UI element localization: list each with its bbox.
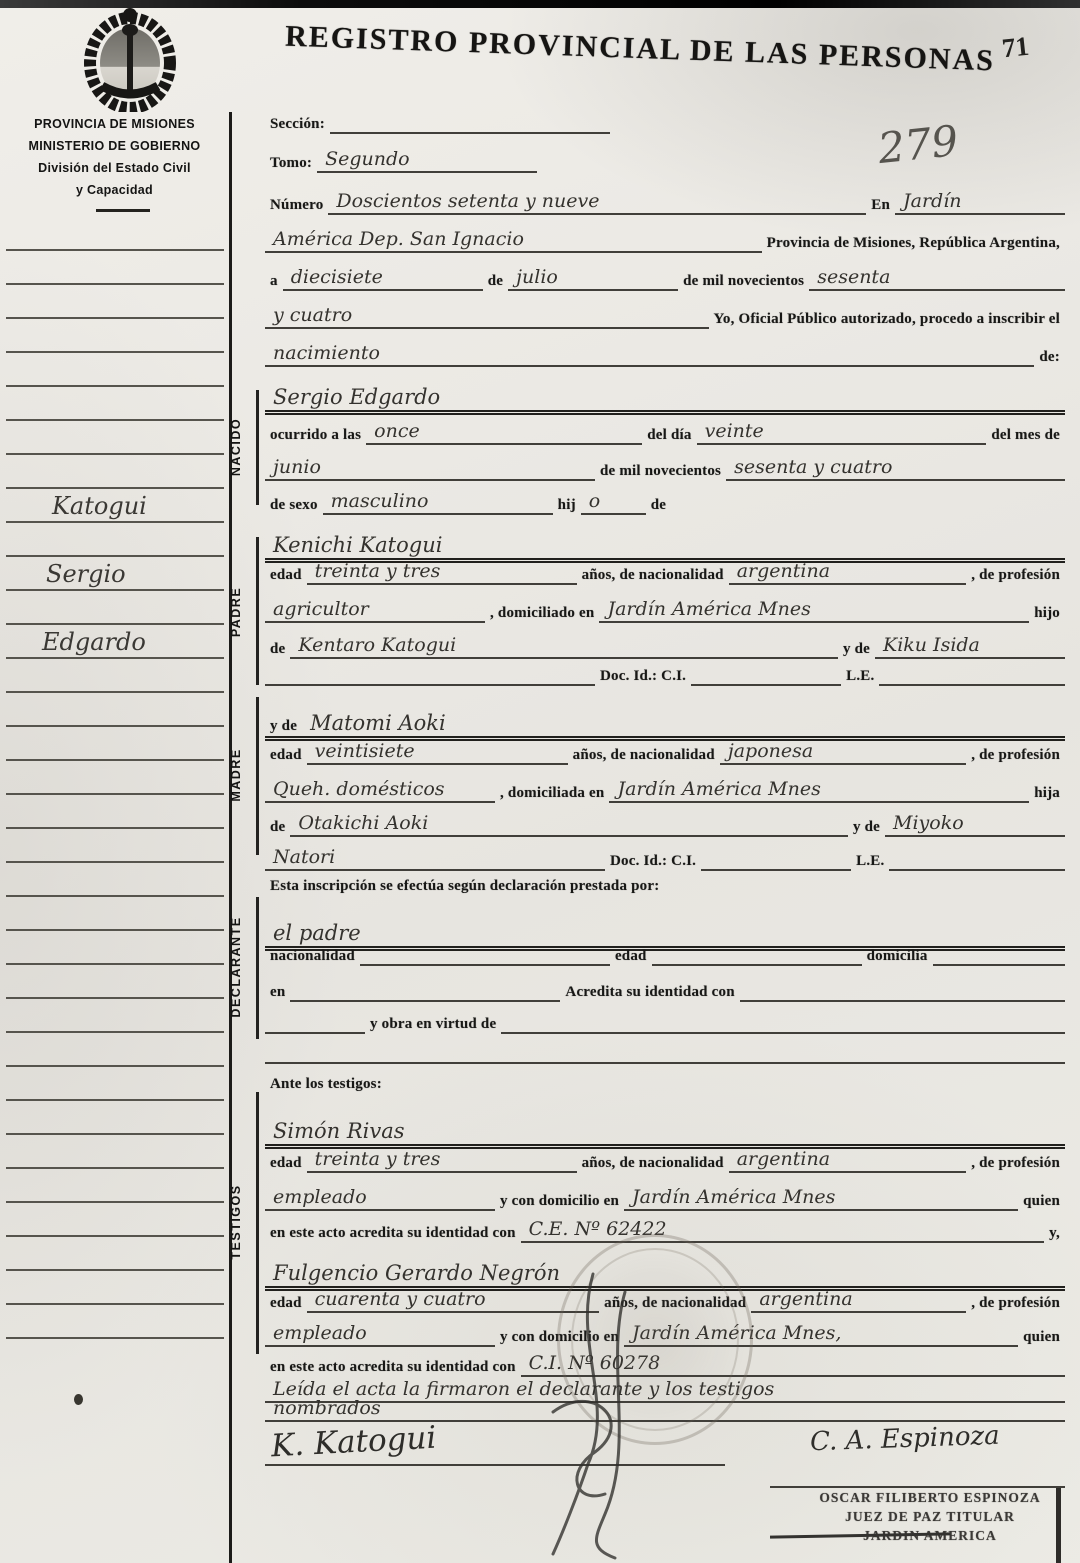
form-line-mother-domicile: Queh. domésticos , domiciliada en Jardín…: [265, 778, 1065, 803]
edad-label-2: edad: [265, 747, 307, 765]
en-label: En: [866, 197, 895, 215]
form-line-mother-parents: de Otakichi Aoki y de Miyoko: [265, 812, 1065, 837]
blank-line: [501, 1018, 1065, 1034]
form-line-child-name: Sergio Edgardo: [265, 374, 1065, 415]
form-line-birth-month: junio de mil novecientos sesenta y cuatr…: [265, 456, 1065, 481]
blank-line: [265, 1018, 365, 1034]
child-name-value: Sergio Edgardo: [265, 385, 452, 410]
form-line-mother-doc: Natori Doc. Id.: C.I. L.E.: [265, 846, 1065, 871]
judge-stamp-name: OSCAR FILIBERTO ESPINOZA: [785, 1488, 1075, 1507]
page-title: REGISTRO PROVINCIAL DE LAS PERSONAS: [255, 19, 1026, 80]
declaration-intro-label: Esta inscripción se efectúa según declar…: [265, 878, 664, 896]
blank-line: [265, 670, 595, 686]
blank-line: [445, 351, 1034, 367]
judge-stamp-title: JUEZ DE PAZ TITULAR: [785, 1507, 1075, 1526]
maternal-grandmother-value-1: Miyoko: [885, 812, 1065, 837]
en-label-2: en: [265, 984, 290, 1002]
declarant-nationality-label: nacionalidad: [265, 948, 360, 966]
profesion-label-3: , de profesión: [966, 1155, 1065, 1173]
blank-line: [740, 986, 1065, 1002]
day-value: diecisiete: [283, 266, 483, 291]
place-value-1: Jardín: [895, 190, 1065, 215]
profesion-label-4: , de profesión: [966, 1295, 1065, 1313]
section-bracket-nacido: [256, 390, 259, 505]
form-line-witness1-domicile: empleado y con domicilio en Jardín Améri…: [265, 1186, 1065, 1211]
de-label: de: [483, 273, 508, 291]
nacionalidad-label: años, de nacionalidad: [577, 567, 729, 585]
form-line-declaration-intro: Esta inscripción se efectúa según declar…: [265, 878, 1065, 896]
scanned-birth-certificate: REGISTRO PROVINCIAL DE LAS PERSONAS 71 P…: [0, 0, 1080, 1563]
paternal-grandmother-value: Kiku Isida: [875, 634, 1065, 659]
blank-line: [330, 118, 610, 134]
sexo-label: de sexo: [265, 497, 323, 515]
le-label-2: L.E.: [851, 853, 889, 871]
de-label-3: de: [265, 641, 290, 659]
acredita-label-2: en este acto acredita su identidad con: [265, 1225, 521, 1243]
org-line-division: División del Estado Civil: [0, 157, 229, 179]
doc-id-label-2: Doc. Id.: C.I.: [605, 853, 701, 871]
form-line-year2: y cuatro Yo, Oficial Público autorizado,…: [265, 304, 1065, 329]
blank-line: [691, 670, 841, 686]
father-domicile-value: Jardín América Mnes: [599, 598, 1029, 623]
form-line-father-age: edad treinta y tres años, de nacionalida…: [265, 560, 1065, 585]
form-line-date: a diecisiete de julio de mil novecientos…: [265, 266, 1065, 291]
obra-label: y obra en virtud de: [365, 1016, 501, 1034]
tomo-label: Tomo:: [265, 155, 317, 173]
form-line-father-name: Kenichi Katogui: [265, 522, 1065, 563]
domicilio-label-2: , domiciliada en: [495, 785, 609, 803]
witness1-nationality-value: argentina: [729, 1148, 966, 1173]
form-line-witness1-name: Simón Rivas: [265, 1106, 1065, 1149]
year-value-1: sesenta: [809, 266, 1065, 291]
domicilio-label: , domiciliado en: [485, 605, 599, 623]
witness-intro-label: Ante los testigos:: [265, 1076, 387, 1094]
coat-of-arms: [72, 6, 188, 112]
signature-rule-right: [770, 1472, 1065, 1488]
form-line-birth-time: ocurrido a las once del día veinte del m…: [265, 420, 1065, 445]
de2-label: de:: [1034, 349, 1065, 367]
quien-label: quien: [1018, 1193, 1065, 1211]
del-dia-label: del día: [642, 427, 696, 445]
le-label: L.E.: [841, 668, 879, 686]
margin-note-surname: Katogui: [52, 492, 147, 520]
section-bracket-testigos: [256, 1092, 259, 1354]
form-line-father-parents: de Kentaro Katogui y de Kiku Isida: [265, 634, 1065, 659]
blank-line: [652, 950, 862, 966]
form-line-seccion: Sección:: [265, 116, 1065, 134]
maternal-grandmother-value-2: Natori: [265, 846, 445, 871]
domicilio-label-3: y con domicilio en: [495, 1193, 624, 1211]
ocurrido-label: ocurrido a las: [265, 427, 366, 445]
official-signature: C. A. Espinoza: [810, 1421, 1001, 1458]
declarant-age-label: edad: [610, 948, 652, 966]
column-divider: [229, 112, 232, 1563]
form-line-declarant: el padre: [265, 908, 1065, 951]
acredita-label: Acredita su identidad con: [560, 984, 739, 1002]
section-label-testigos: TESTIGOS: [229, 1172, 247, 1272]
hij-label: hij: [553, 497, 581, 515]
birth-day-value: veinte: [697, 420, 987, 445]
margin-ruled-lines: [6, 218, 224, 1346]
blank-line: [701, 855, 851, 871]
form-line-father-domicile: agricultor , domiciliado en Jardín Améri…: [265, 598, 1065, 623]
org-line-capacity: y Capacidad: [0, 179, 229, 201]
father-name-value: Kenichi Katogui: [265, 533, 454, 558]
form-line-declarant-nationality: nacionalidad edad domicilia: [265, 948, 1065, 966]
father-nationality-value: argentina: [729, 560, 966, 585]
section-bracket-declarante: [256, 897, 259, 1039]
form-line-mother-age: edad veintisiete años, de nacionalidad j…: [265, 740, 1065, 765]
org-line-ministry: MINISTERIO DE GOBIERNO: [0, 135, 229, 157]
novecientos-label-2: de mil novecientos: [595, 463, 726, 481]
edad-label-4: edad: [265, 1295, 307, 1313]
nacionalidad-label-3: años, de nacionalidad: [577, 1155, 729, 1173]
form-line-sex: de sexo masculino hij o de: [265, 490, 1065, 515]
blank-line: [415, 313, 709, 329]
form-line-tomo: Tomo: Segundo: [265, 148, 1065, 173]
form-line-numero: Número Doscientos setenta y nueve En Jar…: [265, 190, 1065, 215]
novecientos-label: de mil novecientos: [678, 273, 809, 291]
mother-profession-value: Queh. domésticos: [265, 778, 495, 803]
de-label-4: de: [265, 819, 290, 837]
page-number: 71: [1000, 31, 1030, 65]
place-value-2: América Dep. San Ignacio: [265, 228, 762, 253]
act-type-value: nacimiento: [265, 342, 445, 367]
hijo-label: hijo: [1029, 605, 1065, 623]
acredita-label-3: en este acto acredita su identidad con: [265, 1359, 521, 1377]
section-label-padre: PADRE: [229, 572, 247, 652]
birth-year-value: sesenta y cuatro: [726, 456, 1065, 481]
witness1-domicile-value: Jardín América Mnes: [624, 1186, 1018, 1211]
numero-label: Número: [265, 197, 328, 215]
witness1-age-value: treinta y tres: [307, 1148, 577, 1173]
witness1-name-value: Simón Rivas: [265, 1119, 417, 1144]
province-label: Provincia de Misiones, República Argenti…: [762, 235, 1065, 253]
father-age-value: treinta y tres: [307, 560, 577, 585]
year-value-2: y cuatro: [265, 304, 415, 329]
ink-dot: [74, 1394, 83, 1405]
month-value: julio: [508, 266, 678, 291]
y-label: y,: [1044, 1225, 1065, 1243]
hija-label: hija: [1029, 785, 1065, 803]
hijo-suffix-value: o: [581, 490, 646, 515]
mother-name-value: Matomi Aoki: [302, 711, 458, 736]
mother-nationality-value: japonesa: [720, 740, 966, 765]
blank-line: [445, 855, 605, 871]
issuing-office-block: PROVINCIA DE MISIONES MINISTERIO DE GOBI…: [0, 113, 229, 201]
witness1-profession-value: empleado: [265, 1186, 495, 1211]
profesion-label: , de profesión: [966, 567, 1065, 585]
father-profession-value: agricultor: [265, 598, 485, 623]
witness2-profession-value: empleado: [265, 1322, 495, 1347]
section-label-madre: MADRE: [229, 735, 247, 815]
quien-label-2: quien: [1018, 1329, 1065, 1347]
closing-word-value: nombrados: [265, 1397, 393, 1420]
blank-line: [879, 670, 1065, 686]
form-line-witness1-age: edad treinta y tres años, de nacionalida…: [265, 1148, 1065, 1173]
profesion-label-2: , de profesión: [966, 747, 1065, 765]
birth-hour-value: once: [366, 420, 642, 445]
seccion-label: Sección:: [265, 116, 330, 134]
form-line-witness-intro: Ante los testigos:: [265, 1076, 1065, 1094]
de-label-2: de: [646, 497, 671, 515]
signature-flourish: [493, 1262, 693, 1562]
form-line-place: América Dep. San Ignacio Provincia de Mi…: [265, 228, 1065, 253]
blank-line: [889, 855, 1065, 871]
yde-label: y de: [838, 641, 875, 659]
declarant-value: el padre: [265, 921, 373, 946]
blank-line: [360, 950, 610, 966]
yde-label-3: y de: [848, 819, 885, 837]
section-bracket-padre: [256, 537, 259, 685]
del-mes-label: del mes de: [986, 427, 1065, 445]
edad-label-3: edad: [265, 1155, 307, 1173]
section-bracket-madre: [256, 697, 259, 855]
margin-note-firstname: Sergio: [46, 560, 126, 588]
a-label: a: [265, 273, 283, 291]
declarant-domicile-label: domicilia: [862, 948, 933, 966]
tomo-value: Segundo: [317, 148, 537, 173]
section-label-declarante: DECLARANTE: [229, 907, 247, 1027]
sex-value: masculino: [323, 490, 553, 515]
yde-label-2: y de: [265, 718, 302, 736]
birth-month-value: junio: [265, 456, 445, 481]
org-underline: [96, 209, 150, 212]
form-line-blank-rule: [265, 1048, 1065, 1064]
paternal-grandfather-value: Kentaro Katogui: [290, 634, 838, 659]
mother-age-value: veintisiete: [307, 740, 568, 765]
margin-note-middlename: Edgardo: [42, 628, 146, 656]
blank-line: [290, 986, 560, 1002]
maternal-grandfather-value: Otakichi Aoki: [290, 812, 848, 837]
nacionalidad-label-2: años, de nacionalidad: [568, 747, 720, 765]
form-line-obra: y obra en virtud de: [265, 1016, 1065, 1034]
section-label-nacido: NACIDO: [229, 402, 247, 492]
org-line-province: PROVINCIA DE MISIONES: [0, 113, 229, 135]
mother-domicile-value: Jardín América Mnes: [609, 778, 1029, 803]
form-line-act-type: nacimiento de:: [265, 342, 1065, 367]
form-line-declarant-id: en Acredita su identidad con: [265, 984, 1065, 1002]
witness1-document-value: C.E. Nº 62422: [521, 1218, 1045, 1243]
blank-line: [445, 465, 595, 481]
form-line-father-doc: Doc. Id.: C.I. L.E.: [265, 668, 1065, 686]
doc-id-label: Doc. Id.: C.I.: [595, 668, 691, 686]
form-line-mother-name: y de Matomi Aoki: [265, 700, 1065, 741]
form-body: Sección: Tomo: Segundo Número Doscientos…: [265, 112, 1065, 1563]
edad-label: edad: [265, 567, 307, 585]
official-label: Yo, Oficial Público autorizado, procedo …: [709, 311, 1065, 329]
blank-line: [933, 950, 1065, 966]
witness2-nationality-value: argentina: [751, 1288, 966, 1313]
numero-value: Doscientos setenta y nueve: [328, 190, 866, 215]
